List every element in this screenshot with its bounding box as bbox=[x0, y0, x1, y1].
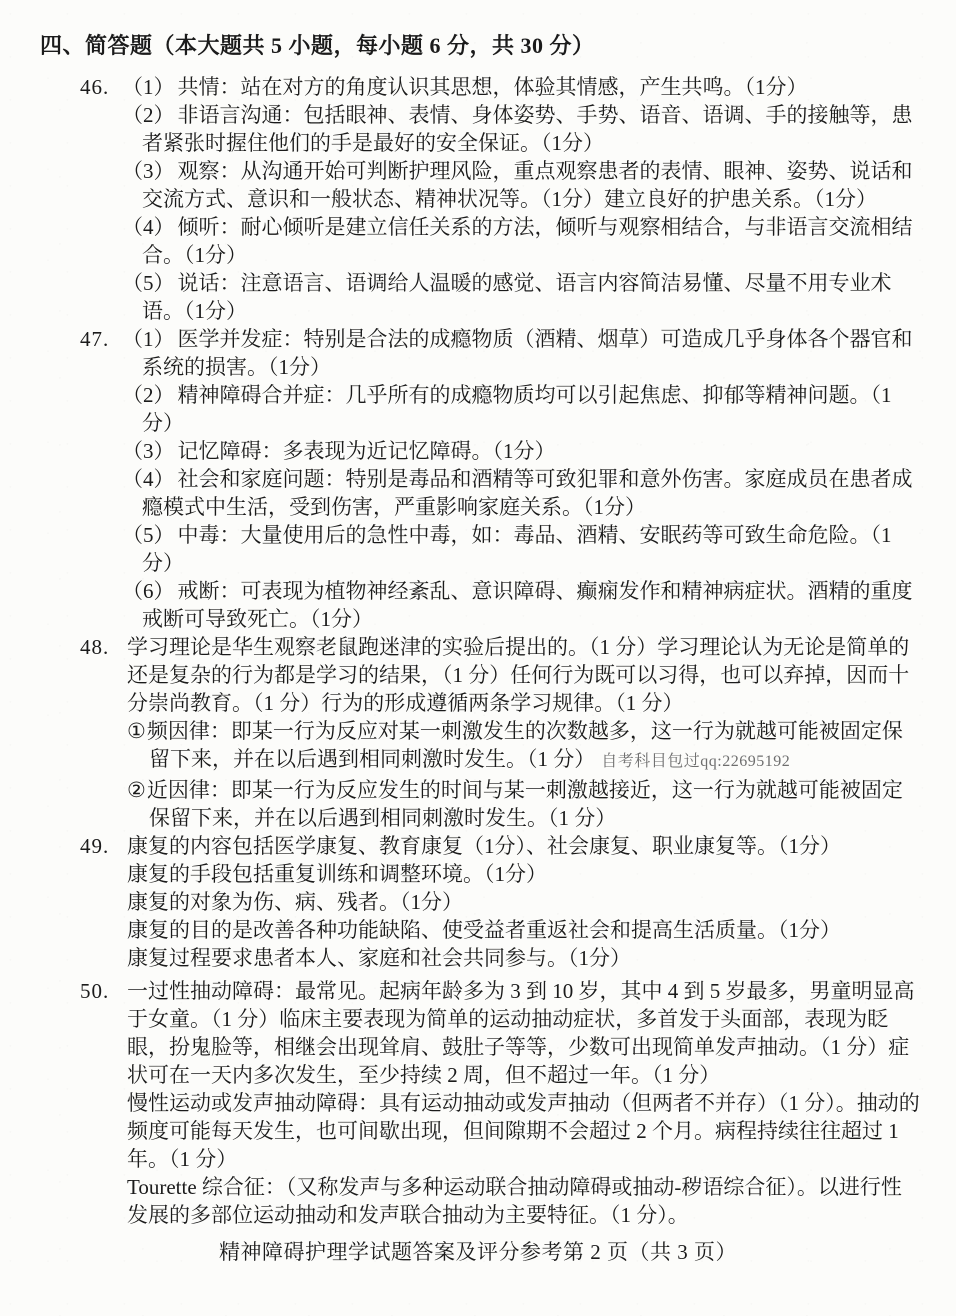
scanned-answer-sheet: 四、简答题（本大题共 5 小题，每小题 6 分，共 30 分） 46. （1）共… bbox=[0, 0, 956, 1316]
answer-line: 康复的内容包括医学康复、教育康复（1分）、社会康复、职业康复等。（1分） bbox=[127, 832, 922, 860]
item-text: 观察：从沟通开始可判断护理风险，重点观察患者的表情、眼神、姿势、说话和交流方式、… bbox=[142, 159, 913, 211]
answer-item: （4）倾听：耐心倾听是建立信任关系的方法，倾听与观察相结合，与非语言交流相结合。… bbox=[142, 213, 922, 269]
answer-item: （2）非语言沟通：包括眼神、表情、身体姿势、手势、语音、语调、手的接触等，患者紧… bbox=[142, 101, 922, 157]
item-marker: （3） bbox=[122, 439, 175, 463]
answer-item: （5）中毒：大量使用后的急性中毒，如：毒品、酒精、安眠药等可致生命危险。（1分） bbox=[142, 521, 922, 577]
rule-item: ②近因律：即某一行为反应发生的时间与某一刺激越接近，这一行为就越可能被固定保留下… bbox=[149, 776, 922, 832]
item-text: 社会和家庭问题：特别是毒品和酒精等可致犯罪和意外伤害。家庭成员在患者成瘾模式中生… bbox=[142, 467, 913, 519]
item-text: 倾听：耐心倾听是建立信任关系的方法，倾听与观察相结合，与非语言交流相结合。（1分… bbox=[142, 215, 913, 267]
item-marker: （2） bbox=[122, 103, 175, 127]
answer-line: 康复的手段包括重复训练和调整环境。（1分） bbox=[127, 860, 922, 888]
item-marker: （5） bbox=[122, 271, 175, 295]
answer-item: （3）观察：从沟通开始可判断护理风险，重点观察患者的表情、眼神、姿势、说话和交流… bbox=[142, 157, 922, 213]
item-marker: （1） bbox=[122, 75, 175, 99]
question-50-number: 50. bbox=[80, 977, 109, 1005]
answer-item: （2）精神障碍合并症：几乎所有的成瘾物质均可以引起焦虑、抑郁等精神问题。（1分） bbox=[142, 381, 922, 437]
question-49: 49. 康复的内容包括医学康复、教育康复（1分）、社会康复、职业康复等。（1分）… bbox=[0, 832, 922, 972]
question-46: 46. （1）共情：站在对方的角度认识其思想，体验其情感，产生共鸣。（1分） （… bbox=[0, 73, 922, 325]
item-marker: （4） bbox=[122, 215, 175, 239]
answer-paragraph: 慢性运动或发声抽动障碍：具有运动抽动或发声抽动（但两者不并存）（1 分）。抽动的… bbox=[127, 1089, 922, 1173]
item-marker: （6） bbox=[122, 579, 175, 603]
answer-line: 康复的目的是改善各种功能缺陷、使受益者重返社会和提高生活质量。（1分） bbox=[127, 916, 922, 944]
question-50: 50. 一过性抽动障碍：最常见。起病年龄多为 3 到 10 岁，其中 4 到 5… bbox=[0, 977, 922, 1229]
item-marker: （5） bbox=[122, 523, 175, 547]
watermark-text: 自考科目包过qq:22695192 bbox=[595, 753, 790, 770]
section-heading: 四、简答题（本大题共 5 小题，每小题 6 分，共 30 分） bbox=[40, 32, 916, 60]
item-marker: （3） bbox=[122, 159, 175, 183]
item-text: 共情：站在对方的角度认识其思想，体验其情感，产生共鸣。（1分） bbox=[178, 75, 808, 99]
page-footer: 精神障碍护理学试题答案及评分参考第 2 页（共 3 页） bbox=[0, 1238, 956, 1266]
question-48-number: 48. bbox=[80, 633, 109, 661]
answer-item: （3）记忆障碍：多表现为近记忆障碍。（1分） bbox=[142, 437, 922, 465]
item-marker: （1） bbox=[122, 327, 175, 351]
answer-item: （5）说话：注意语言、语调给人温暖的感觉、语言内容简洁易懂、尽量不用专业术语。（… bbox=[142, 269, 922, 325]
answer-paragraph: 学习理论是华生观察老鼠跑迷津的实验后提出的。（1 分）学习理论认为无论是简单的还… bbox=[127, 633, 922, 717]
question-48: 48. 学习理论是华生观察老鼠跑迷津的实验后提出的。（1 分）学习理论认为无论是… bbox=[0, 633, 922, 832]
item-marker: （2） bbox=[122, 383, 175, 407]
rule-marker: ① bbox=[127, 719, 146, 743]
item-text: 中毒：大量使用后的急性中毒，如：毒品、酒精、安眠药等可致生命危险。（1分） bbox=[142, 523, 892, 575]
answer-paragraph: Tourette 综合征：（又称发声与多种运动联合抽动障碍或抽动-秽语综合征）。… bbox=[127, 1173, 922, 1229]
item-text: 说话：注意语言、语调给人温暖的感觉、语言内容简洁易懂、尽量不用专业术语。（1分） bbox=[142, 271, 892, 323]
item-marker: （4） bbox=[122, 467, 175, 491]
answer-line: 康复的对象为伤、病、残者。（1分） bbox=[127, 888, 922, 916]
rule-marker: ② bbox=[127, 778, 146, 802]
rule-text: 近因律：即某一行为反应发生的时间与某一刺激越接近，这一行为就越可能被固定保留下来… bbox=[147, 778, 903, 830]
item-text: 精神障碍合并症：几乎所有的成瘾物质均可以引起焦虑、抑郁等精神问题。（1分） bbox=[142, 383, 892, 435]
question-49-number: 49. bbox=[80, 832, 109, 860]
item-text: 非语言沟通：包括眼神、表情、身体姿势、手势、语音、语调、手的接触等，患者紧张时握… bbox=[142, 103, 913, 155]
answer-line: 康复过程要求患者本人、家庭和社会共同参与。（1分） bbox=[127, 944, 922, 972]
answer-paragraph: 一过性抽动障碍：最常见。起病年龄多为 3 到 10 岁，其中 4 到 5 岁最多… bbox=[127, 977, 922, 1089]
answer-item: （1）医学并发症：特别是合法的成瘾物质（酒精、烟草）可造成几乎身体各个器官和系统… bbox=[142, 325, 922, 381]
item-text: 医学并发症：特别是合法的成瘾物质（酒精、烟草）可造成几乎身体各个器官和系统的损害… bbox=[142, 327, 913, 379]
question-47-number: 47. bbox=[80, 325, 109, 353]
answer-item: （4）社会和家庭问题：特别是毒品和酒精等可致犯罪和意外伤害。家庭成员在患者成瘾模… bbox=[142, 465, 922, 521]
answer-item: （6）戒断：可表现为植物神经紊乱、意识障碍、癫痫发作和精神病症状。酒精的重度戒断… bbox=[142, 577, 922, 633]
question-47: 47. （1）医学并发症：特别是合法的成瘾物质（酒精、烟草）可造成几乎身体各个器… bbox=[0, 325, 922, 633]
item-text: 戒断：可表现为植物神经紊乱、意识障碍、癫痫发作和精神病症状。酒精的重度戒断可导致… bbox=[142, 579, 913, 631]
answer-item: （1）共情：站在对方的角度认识其思想，体验其情感，产生共鸣。（1分） bbox=[142, 73, 922, 101]
item-text: 记忆障碍：多表现为近记忆障碍。（1分） bbox=[178, 439, 556, 463]
question-46-number: 46. bbox=[80, 73, 109, 101]
rule-item: ①频因律：即某一行为反应对某一刺激发生的次数越多，这一行为就越可能被固定保留下来… bbox=[149, 717, 922, 776]
